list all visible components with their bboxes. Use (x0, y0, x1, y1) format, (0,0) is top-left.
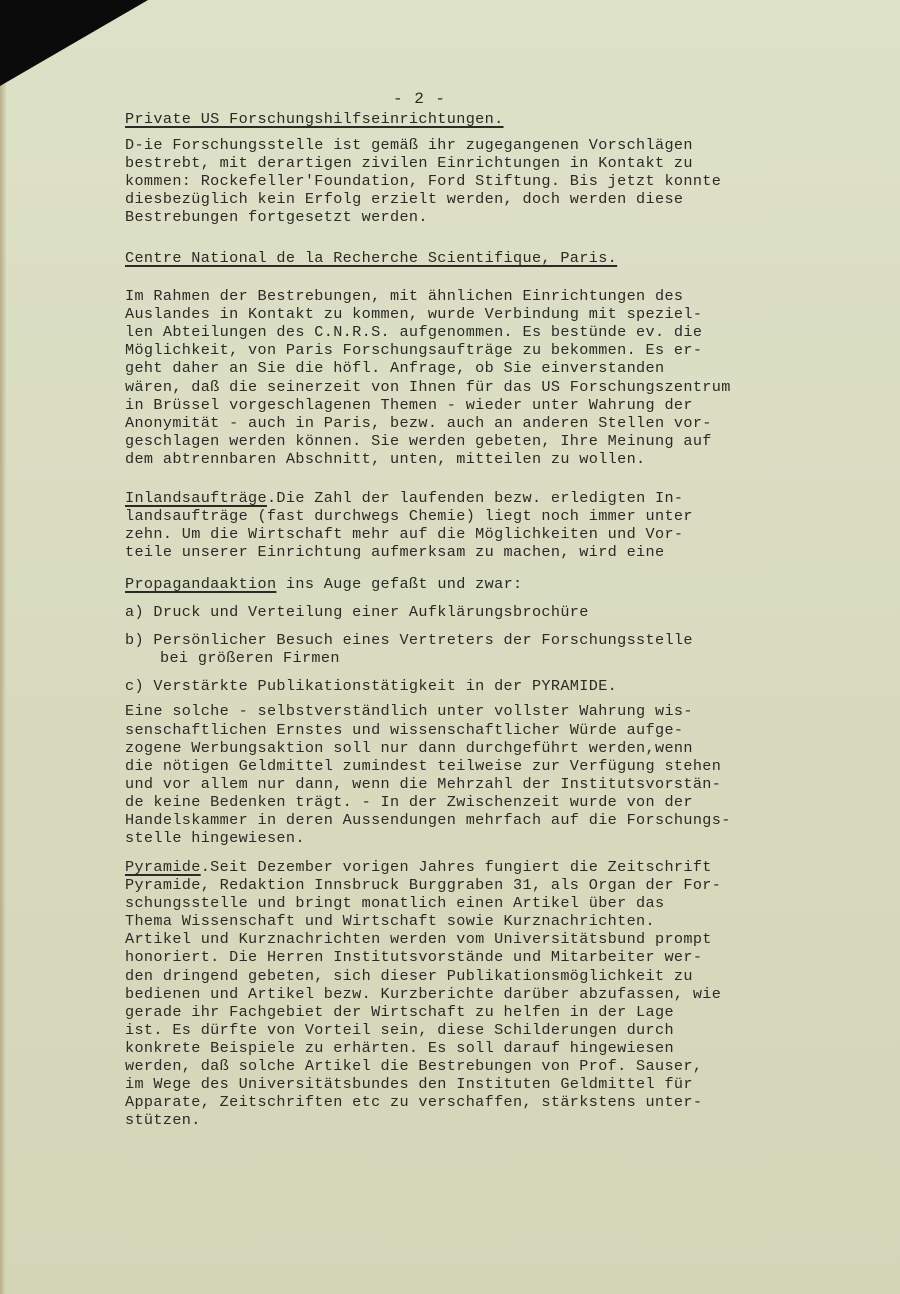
text-line: a) Druck und Verteilung einer Aufklärung… (125, 603, 731, 621)
section-heading: Private US Forschungshilfseinrichtungen. (125, 110, 721, 128)
text-line: teile unserer Einrichtung aufmerksam zu … (125, 543, 693, 561)
text-line: zehn. Um die Wirtschaft mehr auf die Mög… (125, 525, 693, 543)
page-number: - 2 - (393, 90, 446, 108)
text-line: im Wege des Universitätsbundes den Insti… (125, 1075, 721, 1093)
list-item: c) Verstärkte Publikationstätigkeit in d… (125, 677, 731, 695)
section-inland: Inlandsaufträge.Die Zahl der laufenden b… (125, 489, 693, 561)
text-line: kommen: Rockefeller'Foundation, Ford Sti… (125, 172, 721, 190)
text-line: die nötigen Geldmittel zumindest teilwei… (125, 757, 731, 775)
text-line: Artikel und Kurznachrichten werden vom U… (125, 930, 721, 948)
text-line: zogene Werbungsaktion soll nur dann durc… (125, 739, 731, 757)
list-item: b) Persönlicher Besuch eines Vertreters … (125, 631, 731, 667)
text-line: und vor allem nur dann, wenn die Mehrzah… (125, 775, 731, 793)
text-line: bestrebt, mit derartigen zivilen Einrich… (125, 154, 721, 172)
text-line: schungsstelle und bringt monatlich einen… (125, 894, 721, 912)
text-line: dem abtrennbaren Abschnitt, unten, mitte… (125, 450, 731, 468)
text-line: Apparate, Zeitschriften etc zu verschaff… (125, 1093, 721, 1111)
section-heading: Pyramide (125, 858, 201, 876)
text-line: de keine Bedenken trägt. - In der Zwisch… (125, 793, 731, 811)
text-line: len Abteilungen des C.N.R.S. aufgenommen… (125, 323, 731, 341)
text-line: in Brüssel vorgeschlagenen Themen - wied… (125, 396, 731, 414)
text-line: Möglichkeit, von Paris Forschungsaufträg… (125, 341, 731, 359)
list-item: a) Druck und Verteilung einer Aufklärung… (125, 603, 731, 621)
text-line: Eine solche - selbstverständlich unter v… (125, 702, 731, 720)
text-line: b) Persönlicher Besuch eines Vertreters … (125, 631, 731, 649)
paragraph-text: ins Auge gefaßt und zwar: (276, 575, 522, 593)
section-heading: Inlandsaufträge (125, 489, 267, 507)
text-line: stützen. (125, 1111, 721, 1129)
paragraph: Pyramide, Redaktion Innsbruck Burggraben… (125, 876, 721, 1129)
text-line: c) Verstärkte Publikationstätigkeit in d… (125, 677, 731, 695)
text-line: honoriert. Die Herren Institutsvorstände… (125, 948, 721, 966)
paragraph-text: .Seit Dezember vorigen Jahres fungiert d… (201, 858, 712, 876)
paragraph: Eine solche - selbstverständlich unter v… (125, 702, 731, 847)
text-line: gerade ihr Fachgebiet der Wirtschaft zu … (125, 1003, 721, 1021)
text-line: ist. Es dürfte von Vorteil sein, diese S… (125, 1021, 721, 1039)
text-line: bedienen und Artikel bezw. Kurzberichte … (125, 985, 721, 1003)
text-line: Thema Wissenschaft und Wirtschaft sowie … (125, 912, 721, 930)
page-edge (0, 0, 6, 1294)
text-line: Bestrebungen fortgesetzt werden. (125, 208, 721, 226)
text-line: senschaftlichen Ernstes und wissenschaft… (125, 721, 731, 739)
section-private-us: Private US Forschungshilfseinrichtungen.… (125, 110, 721, 227)
paragraph-text: .Die Zahl der laufenden bezw. erledigten… (267, 489, 683, 507)
paragraph: D-ie Forschungsstelle ist gemäß ihr zuge… (125, 136, 721, 226)
text-line: geht daher an Sie die höfl. Anfrage, ob … (125, 359, 731, 377)
text-line: Im Rahmen der Bestrebungen, mit ähnliche… (125, 287, 731, 305)
text-line: Handelskammer in deren Aussendungen mehr… (125, 811, 731, 829)
text-line: landsaufträge (fast durchwegs Chemie) li… (125, 507, 693, 525)
paragraph: Im Rahmen der Bestrebungen, mit ähnliche… (125, 287, 731, 468)
section-pyramide: Pyramide.Seit Dezember vorigen Jahres fu… (125, 858, 721, 1129)
action-list: a) Druck und Verteilung einer Aufklärung… (125, 593, 731, 695)
document-page: - 2 - Private US Forschungshilfseinricht… (0, 0, 900, 1294)
text-line: Anonymität - auch in Paris, bezw. auch a… (125, 414, 731, 432)
paragraph: landsaufträge (fast durchwegs Chemie) li… (125, 507, 693, 561)
text-line: diesbezüglich kein Erfolg erzielt werden… (125, 190, 721, 208)
section-propaganda: Propagandaaktion ins Auge gefaßt und zwa… (125, 575, 731, 847)
section-heading: Propagandaaktion (125, 575, 276, 593)
section-cnrs: Centre National de la Recherche Scientif… (125, 249, 731, 468)
text-line: D-ie Forschungsstelle ist gemäß ihr zuge… (125, 136, 721, 154)
text-line: den dringend gebeten, sich dieser Publik… (125, 967, 721, 985)
text-line: Auslandes in Kontakt zu kommen, wurde Ve… (125, 305, 731, 323)
text-line: stelle hingewiesen. (125, 829, 731, 847)
section-heading: Centre National de la Recherche Scientif… (125, 249, 731, 267)
text-line: werden, daß solche Artikel die Bestrebun… (125, 1057, 721, 1075)
text-line: Pyramide, Redaktion Innsbruck Burggraben… (125, 876, 721, 894)
scan-corner-shadow (0, 0, 148, 86)
text-line: bei größeren Firmen (125, 649, 731, 667)
text-line: wären, daß die seinerzeit von Ihnen für … (125, 378, 731, 396)
text-line: konkrete Beispiele zu erhärten. Es soll … (125, 1039, 721, 1057)
text-line: geschlagen werden können. Sie werden geb… (125, 432, 731, 450)
